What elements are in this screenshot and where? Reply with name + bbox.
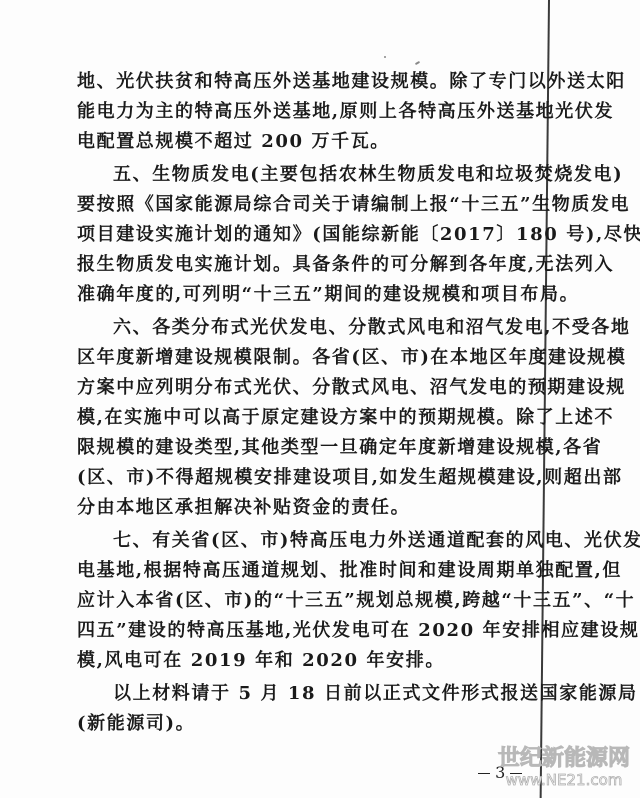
text-line: 分由本地区承担解决补贴资金的责任。	[77, 493, 539, 523]
paragraph-continued: 地、光伏扶贫和特高压外送基地建设规模。除了专门以外送太阳 能电力为主的特高压外送…	[77, 67, 539, 157]
text-line: 模,风电可在 2019 年和 2020 年安排。	[77, 646, 539, 676]
text-line: 五、生物质发电(主要包括农林生物质发电和垃圾焚烧发电)	[77, 160, 539, 190]
text-line: 要按照《国家能源局综合司关于请编制上报“十三五”生物质发电	[77, 190, 539, 220]
text-line: 电基地,根据特高压通道规划、批准时间和建设周期单独配置,但	[77, 556, 539, 586]
text-line: 项目建设实施计划的通知》(国能综新能〔2017〕180 号),尽快上	[77, 220, 539, 250]
paragraph-item-6: 六、各类分布式光伏发电、分散式风电和沼气发电,不受各地 区年度新增建设规模限制。…	[77, 313, 539, 523]
text-line: 七、有关省(区、市)特高压电力外送通道配套的风电、光伏发	[77, 526, 539, 556]
text-line: 准确年度的,可列明“十三五”期间的建设规模和项目布局。	[77, 280, 539, 310]
text-line: 模,在实施中可以高于原定建设方案中的预期规模。除了上述不	[77, 403, 539, 433]
text-line: (新能源司)。	[77, 709, 539, 739]
paragraph-closing: 以上材料请于 5 月 18 日前以正式文件形式报送国家能源局 (新能源司)。	[77, 679, 539, 739]
text-line: 能电力为主的特高压外送基地,原则上各特高压外送基地光伏发	[77, 97, 539, 127]
paragraph-item-7: 七、有关省(区、市)特高压电力外送通道配套的风电、光伏发 电基地,根据特高压通道…	[77, 526, 539, 676]
text-line: 方案中应列明分布式光伏、分散式风电、沼气发电的预期建设规	[77, 373, 539, 403]
page-number-value: 3	[495, 763, 505, 782]
text-line: 电配置总规模不超过 200 万千瓦。	[77, 127, 539, 157]
scan-speck	[415, 61, 420, 65]
text-line: 四五”建设的特高压基地,光伏发电可在 2020 年安排相应建设规	[77, 616, 539, 646]
text-line: 以上材料请于 5 月 18 日前以正式文件形式报送国家能源局	[77, 679, 539, 709]
text-line: (区、市)不得超规模安排建设项目,如发生超规模建设,则超出部	[77, 463, 539, 493]
document-body: 地、光伏扶贫和特高压外送基地建设规模。除了专门以外送太阳 能电力为主的特高压外送…	[77, 67, 539, 742]
text-line: 报生物质发电实施计划。具备条件的可分解到各年度,无法列入	[77, 250, 539, 280]
text-line: 应计入本省(区、市)的“十三五”规划总规模,跨越“十三五”、“十	[77, 586, 539, 616]
text-line: 限规模的建设类型,其他类型一旦确定年度新增建设规模,各省	[77, 433, 539, 463]
paragraph-item-5: 五、生物质发电(主要包括农林生物质发电和垃圾焚烧发电) 要按照《国家能源局综合司…	[77, 160, 539, 310]
text-line: 区年度新增建设规模限制。各省(区、市)在本地区年度建设规模	[77, 343, 539, 373]
scanned-page: 地、光伏扶贫和特高压外送基地建设规模。除了专门以外送太阳 能电力为主的特高压外送…	[0, 0, 640, 798]
page-number: 3	[478, 763, 522, 782]
dash-right	[510, 773, 522, 774]
text-line: 地、光伏扶贫和特高压外送基地建设规模。除了专门以外送太阳	[77, 67, 539, 97]
dash-left	[478, 773, 490, 774]
scan-speck	[384, 56, 386, 58]
text-line: 六、各类分布式光伏发电、分散式风电和沼气发电,不受各地	[77, 313, 539, 343]
